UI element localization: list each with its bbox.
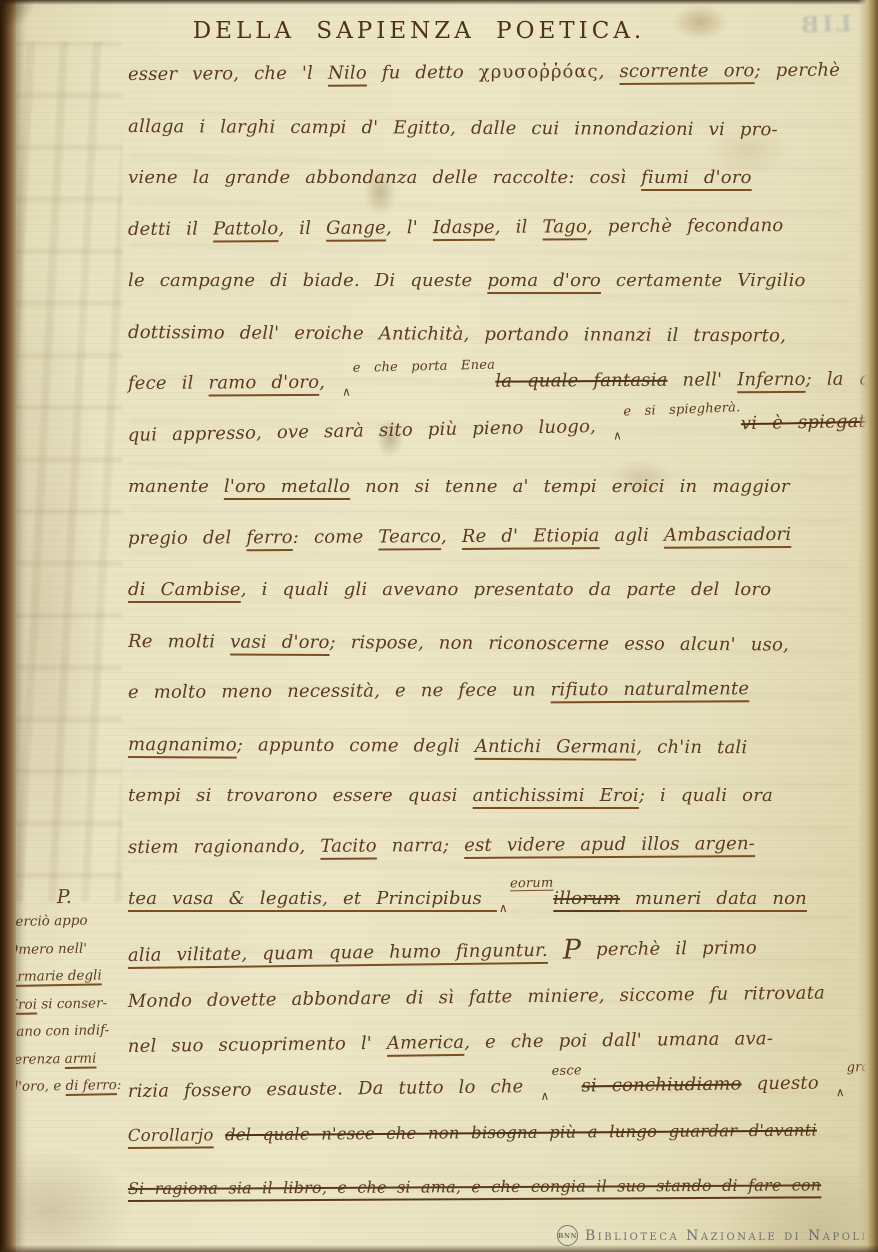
text-segment: agli [600, 524, 665, 545]
text-segment: , l' [386, 217, 433, 238]
manuscript-body: esser vero, che 'l Nilo fu detto χρυσοῤῥ… [128, 64, 870, 1232]
text-segment: ferro [246, 526, 293, 547]
text-segment: dottissimo dell' eroiche Antichità, port… [128, 322, 786, 346]
text-segment: non si tenne a' tempi eroici in maggior [350, 476, 790, 497]
margin-note-line: ferenza armi [9, 1044, 125, 1074]
caret-mark: ∧ [342, 385, 351, 399]
text-segment: fece il [128, 373, 209, 394]
text-segment: Re molti [128, 631, 230, 653]
text-segment: e molto meno necessità, e ne fece un [128, 679, 551, 703]
interlinear-insertion: ∧e si spiegherà. [611, 413, 741, 436]
inserted-text: eorum [510, 876, 554, 892]
text-segment: , i quali gli avevano presentato da part… [241, 579, 772, 600]
text-segment: est videre apud illos argen- [464, 833, 755, 856]
library-stamp-label: Biblioteca Nazionale di Napoli [585, 1228, 868, 1244]
text-segment: di Cambise [128, 579, 241, 600]
manuscript-line: alia vilitate, quam quae humo finguntur.… [128, 930, 871, 991]
text-segment: nell' [668, 369, 738, 390]
text-segment: nel suo scuoprimento l' [128, 1033, 387, 1057]
manuscript-line: stiem ragionando, Tacito narra; est vide… [128, 832, 870, 888]
text-segment: viene la grande abbondanza delle raccolt… [128, 167, 641, 188]
text-segment: , il [495, 216, 543, 237]
text-segment: ; appunto come degli [237, 734, 475, 756]
struck-text: del quale n'esce che non bisogna più a l… [225, 1121, 817, 1145]
text-segment: P [563, 934, 582, 965]
page-edge-top [0, 0, 878, 5]
margin-note-line: d'oro, e di ferro: [9, 1072, 125, 1102]
text-segment: narra; [377, 834, 465, 856]
ink-bleedthrough-left [14, 42, 122, 902]
text-segment [548, 939, 563, 960]
text-segment: certamente Virgilio [601, 270, 806, 291]
struck-text: Si ragiona sia il libro, e che si ama, e… [128, 1175, 821, 1198]
text-segment: tea vasa & legatis, et Principibus [128, 888, 497, 909]
manuscript-line: tempi si trovarono essere quasi antichis… [128, 785, 870, 837]
margin-note-line: Armarie degli [7, 962, 123, 992]
text-segment: Inferno [737, 369, 806, 390]
text-segment: Re d' Etiopia [462, 525, 600, 547]
text-segment: ; rispose, non riconoscerne esso alcun' … [330, 632, 789, 655]
text-segment: Omero nell' [7, 940, 87, 957]
margin-note-line: Eroi si conser- [8, 989, 124, 1019]
text-segment: vano con indif- [9, 1022, 110, 1040]
text-segment: Tacito [320, 835, 377, 856]
inserted-text: e che porta Enea [353, 358, 496, 376]
text-segment: Nilo [328, 63, 367, 84]
text-segment: detti il [128, 218, 213, 240]
text-segment: , [441, 525, 462, 546]
manuscript-page: LIB DELLA SAPIENZA POETICA. esser vero, … [0, 0, 878, 1252]
text-segment: Armarie degli [8, 967, 102, 985]
manuscript-line: magnanimo; appunto come degli Antichi Ge… [128, 734, 870, 789]
text-segment: alia vilitate, quam quae humo finguntur. [128, 939, 548, 965]
text-segment: rizia fossero esauste. Da tutto lo che [128, 1076, 539, 1102]
struck-text: vi è spiegata [741, 410, 877, 434]
text-segment: stiem ragionando, [128, 835, 321, 857]
text-segment: muneri data non [620, 888, 807, 909]
manuscript-line: viene la grande abbondanza delle raccolt… [128, 167, 870, 219]
text-segment: magnanimo [128, 734, 237, 756]
text-segment: , [599, 61, 620, 82]
text-segment: tempi si trovarono essere quasi [128, 785, 473, 806]
margin-paragraph-mark: P. [6, 885, 122, 909]
manuscript-line: allaga i larghi campi d' Egitto, dalle c… [128, 116, 870, 171]
manuscript-line: esser vero, che 'l Nilo fu detto χρυσοῤῥ… [128, 59, 870, 115]
manuscript-line: Si ragiona sia il libro, e che si ama, e… [128, 1175, 870, 1232]
page-title: DELLA SAPIENZA POETICA. [0, 18, 838, 44]
text-segment: ferenza [9, 1051, 65, 1068]
interlinear-insertion: ∧e che porta Enea [340, 371, 495, 393]
text-segment: , il [278, 217, 326, 238]
text-segment: esser vero, che 'l [128, 63, 328, 85]
text-segment: : [117, 1077, 122, 1093]
margin-note-line: Omero nell' [7, 934, 123, 964]
text-segment: vasi d'oro [230, 631, 329, 653]
page-edge-right [858, 0, 878, 1252]
manuscript-line: di Cambise, i quali gli avevano presenta… [128, 579, 870, 631]
text-segment: , [319, 372, 340, 393]
text-segment: l'oro metallo [224, 476, 350, 497]
interlinear-insertion: ∧esce [538, 1075, 581, 1097]
text-segment: perchè il primo [581, 937, 757, 960]
manuscript-line: pregio del ferro: come Tearco, Re d' Eti… [128, 523, 870, 579]
text-segment: di ferro [65, 1077, 117, 1094]
manuscript-line: detti il Pattolo, il Gange, l' Idaspe, i… [128, 214, 870, 270]
page-edge-bottom [0, 1245, 878, 1252]
text-segment: d'oro, e [9, 1078, 65, 1095]
text-segment: le campagne di biade. Di queste [128, 270, 487, 291]
text-segment: Tearco [378, 526, 441, 547]
text-segment: America [387, 1032, 465, 1054]
text-segment: Pattolo [213, 218, 278, 239]
struck-text: si conchiudiamo [581, 1074, 741, 1097]
text-segment: , perchè fecondano [587, 214, 784, 236]
text-segment: Tago [542, 216, 587, 237]
text-segment: , ch'in tali [636, 736, 747, 758]
page-corner-shadow [0, 0, 46, 40]
text-segment [214, 1125, 226, 1144]
caret-mark: ∧ [540, 1089, 549, 1103]
text-segment: Gange [326, 217, 386, 238]
text-segment: perciò appo [7, 913, 88, 930]
text-segment: fu detto [367, 62, 479, 84]
text-segment: pregio del [128, 527, 247, 549]
text-segment: poma d'oro [487, 270, 601, 291]
text-segment: χρυσοῤῥόας [479, 61, 599, 83]
library-stamp: BNN Biblioteca Nazionale di Napoli [557, 1225, 868, 1246]
manuscript-line: e molto meno necessità, e ne fece un rif… [128, 677, 870, 733]
library-logo-icon: BNN [557, 1225, 578, 1246]
text-segment: manente [128, 476, 224, 497]
text-segment: ramo d'oro [208, 372, 319, 394]
binding-edge [0, 0, 16, 1252]
text-segment: scorrente oro [619, 60, 754, 82]
text-segment: antichissimi Eroi [473, 785, 639, 806]
manuscript-line: rizia fossero esauste. Da tutto lo che ∧… [128, 1072, 870, 1126]
caret-mark: ∧ [499, 901, 508, 915]
text-segment: armi [65, 1050, 97, 1067]
text-segment: si conser- [37, 995, 107, 1012]
caret-mark: ∧ [836, 1085, 845, 1099]
margin-note-line: vano con indif- [8, 1017, 124, 1047]
struck-text: la quale fantasia [495, 370, 667, 392]
inserted-text: esce [551, 1063, 582, 1079]
text-segment: Idaspe [433, 216, 495, 237]
manuscript-line: Corollarjo del quale n'esce che non biso… [128, 1120, 870, 1179]
text-segment: questo [742, 1072, 834, 1094]
margin-note-line: perciò appo [7, 907, 123, 937]
text-segment: , e che poi dall' umana ava- [464, 1028, 773, 1053]
text-segment: Antichi Germani [475, 735, 637, 757]
struck-text: illorum [553, 888, 620, 909]
margin-note: P. perciò appoOmero nell'Armarie degliEr… [6, 885, 126, 1101]
text-segment: ; perchè [754, 60, 840, 82]
caret-mark: ∧ [613, 428, 622, 442]
manuscript-line: le campagne di biade. Di queste poma d'o… [128, 270, 870, 322]
text-segment: Corollarjo [128, 1125, 214, 1145]
text-segment: allaga i larghi campi d' Egitto, dalle c… [128, 116, 778, 140]
text-segment: rifiuto naturalmente [551, 678, 750, 700]
text-segment: Ambasciadori [664, 523, 791, 545]
interlinear-insertion: ∧eorum [497, 888, 553, 909]
manuscript-line: manente l'oro metallo non si tenne a' te… [128, 476, 870, 528]
margin-note-lines: perciò appoOmero nell'Armarie degliEroi … [7, 907, 126, 1101]
text-segment: : come [293, 526, 379, 548]
